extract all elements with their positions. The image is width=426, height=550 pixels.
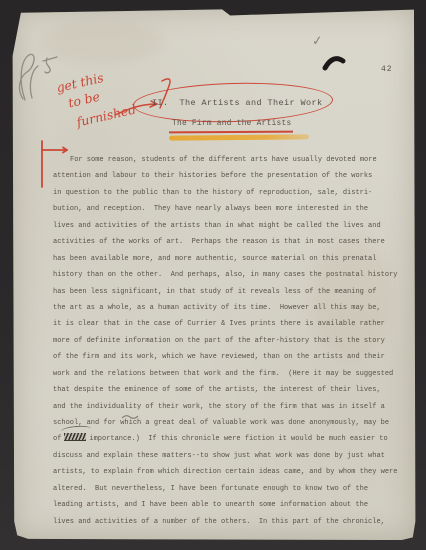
typed-line: lives and activities of a number of the … bbox=[53, 514, 409, 530]
scribbled-out-word bbox=[64, 433, 86, 441]
typed-line: work and the relations between that work… bbox=[53, 366, 409, 382]
typed-line: artists, to explain from which direction… bbox=[53, 464, 409, 480]
typed-line: of the firm and its work, which we have … bbox=[53, 349, 409, 365]
typed-line: and the individuality of their work, the… bbox=[53, 399, 409, 415]
typed-body: For some reason, students of the differe… bbox=[53, 152, 409, 530]
typed-line: that despite the eminence of some of the… bbox=[53, 382, 409, 398]
typed-line: For some reason, students of the differe… bbox=[53, 152, 409, 168]
manuscript-page: 42 ✓ get this to be furnished II. The Ar… bbox=[12, 8, 416, 540]
typed-line: leading artists, and I have been able to… bbox=[53, 497, 409, 513]
typed-line: in question to the public than to the hi… bbox=[53, 185, 409, 201]
checkmark-pencil: ✓ bbox=[311, 33, 323, 49]
typed-line: bution, and reception. They have nearly … bbox=[53, 201, 409, 217]
typed-line: activities of the works of art. Perhaps … bbox=[53, 234, 409, 250]
typed-text: importance.) If this chronicle were fict… bbox=[89, 435, 387, 443]
typed-line: has been less significant, in that study… bbox=[53, 284, 409, 300]
typed-line: discuss and explain these matters--to sh… bbox=[53, 448, 409, 464]
orange-highlight bbox=[169, 134, 309, 140]
pencil-scribble bbox=[20, 54, 57, 100]
typed-line: history than on the other. And perhaps, … bbox=[53, 267, 409, 283]
black-crescent-mark bbox=[325, 59, 343, 68]
typed-line: the art as a whole, as a human activity … bbox=[53, 300, 409, 316]
typed-line: lives and activities of the artists than… bbox=[53, 218, 409, 234]
page-number: 42 bbox=[381, 65, 393, 74]
typed-line: school, and for which a great deal of va… bbox=[53, 415, 409, 431]
chapter-heading: II. The Artists and Their Work bbox=[152, 98, 323, 108]
typed-text: of bbox=[53, 435, 61, 443]
paper-stain bbox=[42, 22, 162, 62]
typed-line: ofimportance.) If this chronicle were fi… bbox=[53, 431, 409, 447]
typed-line: more of definite information on the part… bbox=[53, 333, 409, 349]
typed-line: attention and labour to their histories … bbox=[53, 168, 409, 184]
typed-line: altered. But nevertheless, I have been f… bbox=[53, 481, 409, 497]
typed-line: it is clear that in the case of Currier … bbox=[53, 316, 409, 332]
red-underline bbox=[169, 131, 293, 133]
section-subheading: The Firm and the Artists bbox=[172, 120, 292, 128]
typed-line: has been available more, and more authen… bbox=[53, 251, 409, 267]
